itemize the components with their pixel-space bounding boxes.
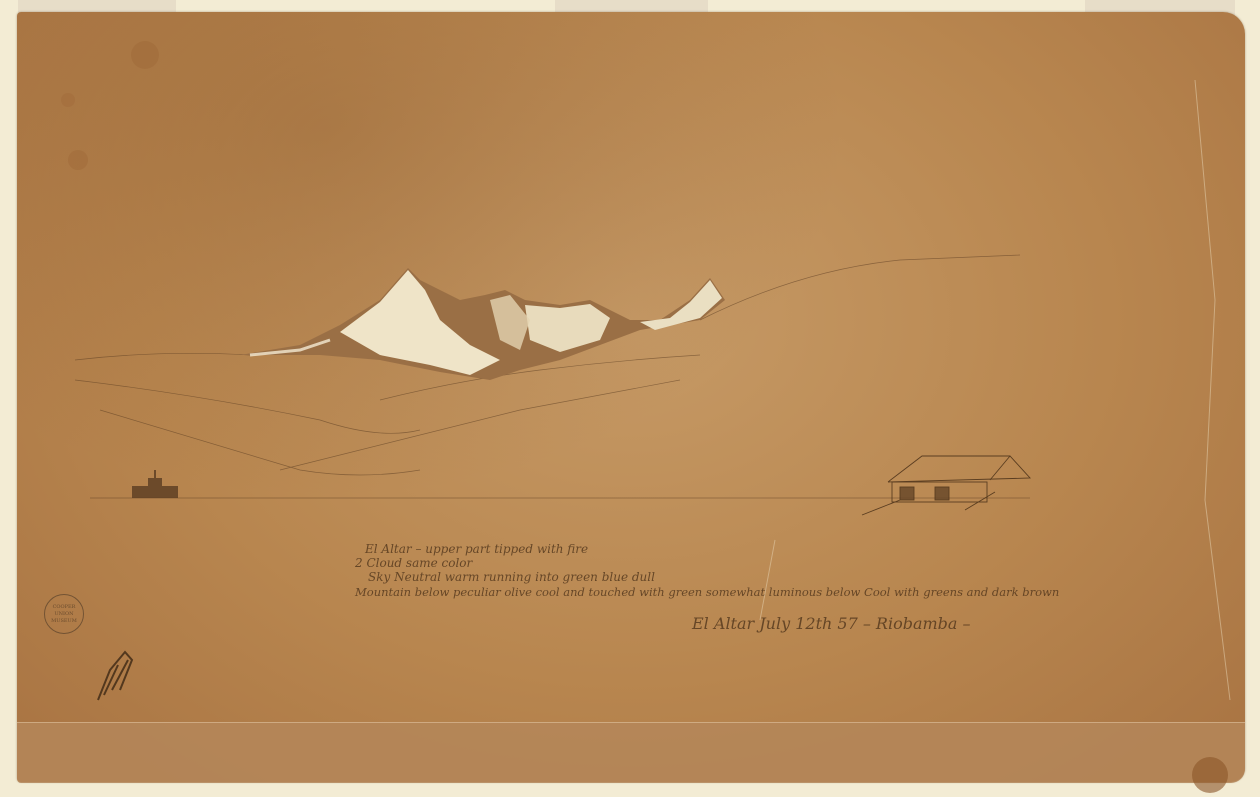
museum-stamp: COOPER UNION MUSEUM bbox=[44, 594, 84, 634]
snow-capped-peaks bbox=[240, 268, 725, 380]
annotation-line-4: Mountain below peculiar olive cool and t… bbox=[355, 585, 1059, 599]
rock-sketch bbox=[98, 652, 132, 700]
tiled-roof-house bbox=[862, 456, 1030, 515]
signature-inscription: El Altar July 12th 57 – Riobamba – bbox=[692, 614, 971, 633]
annotation-line-2: 2 Cloud same color bbox=[355, 556, 472, 570]
hills-sketch bbox=[75, 255, 1030, 498]
annotation-line-3: Sky Neutral warm running into green blue… bbox=[368, 570, 655, 584]
drawing-layer bbox=[0, 0, 1260, 797]
distant-church bbox=[132, 470, 178, 498]
annotation-line-1: El Altar – upper part tipped with fire bbox=[365, 542, 588, 556]
